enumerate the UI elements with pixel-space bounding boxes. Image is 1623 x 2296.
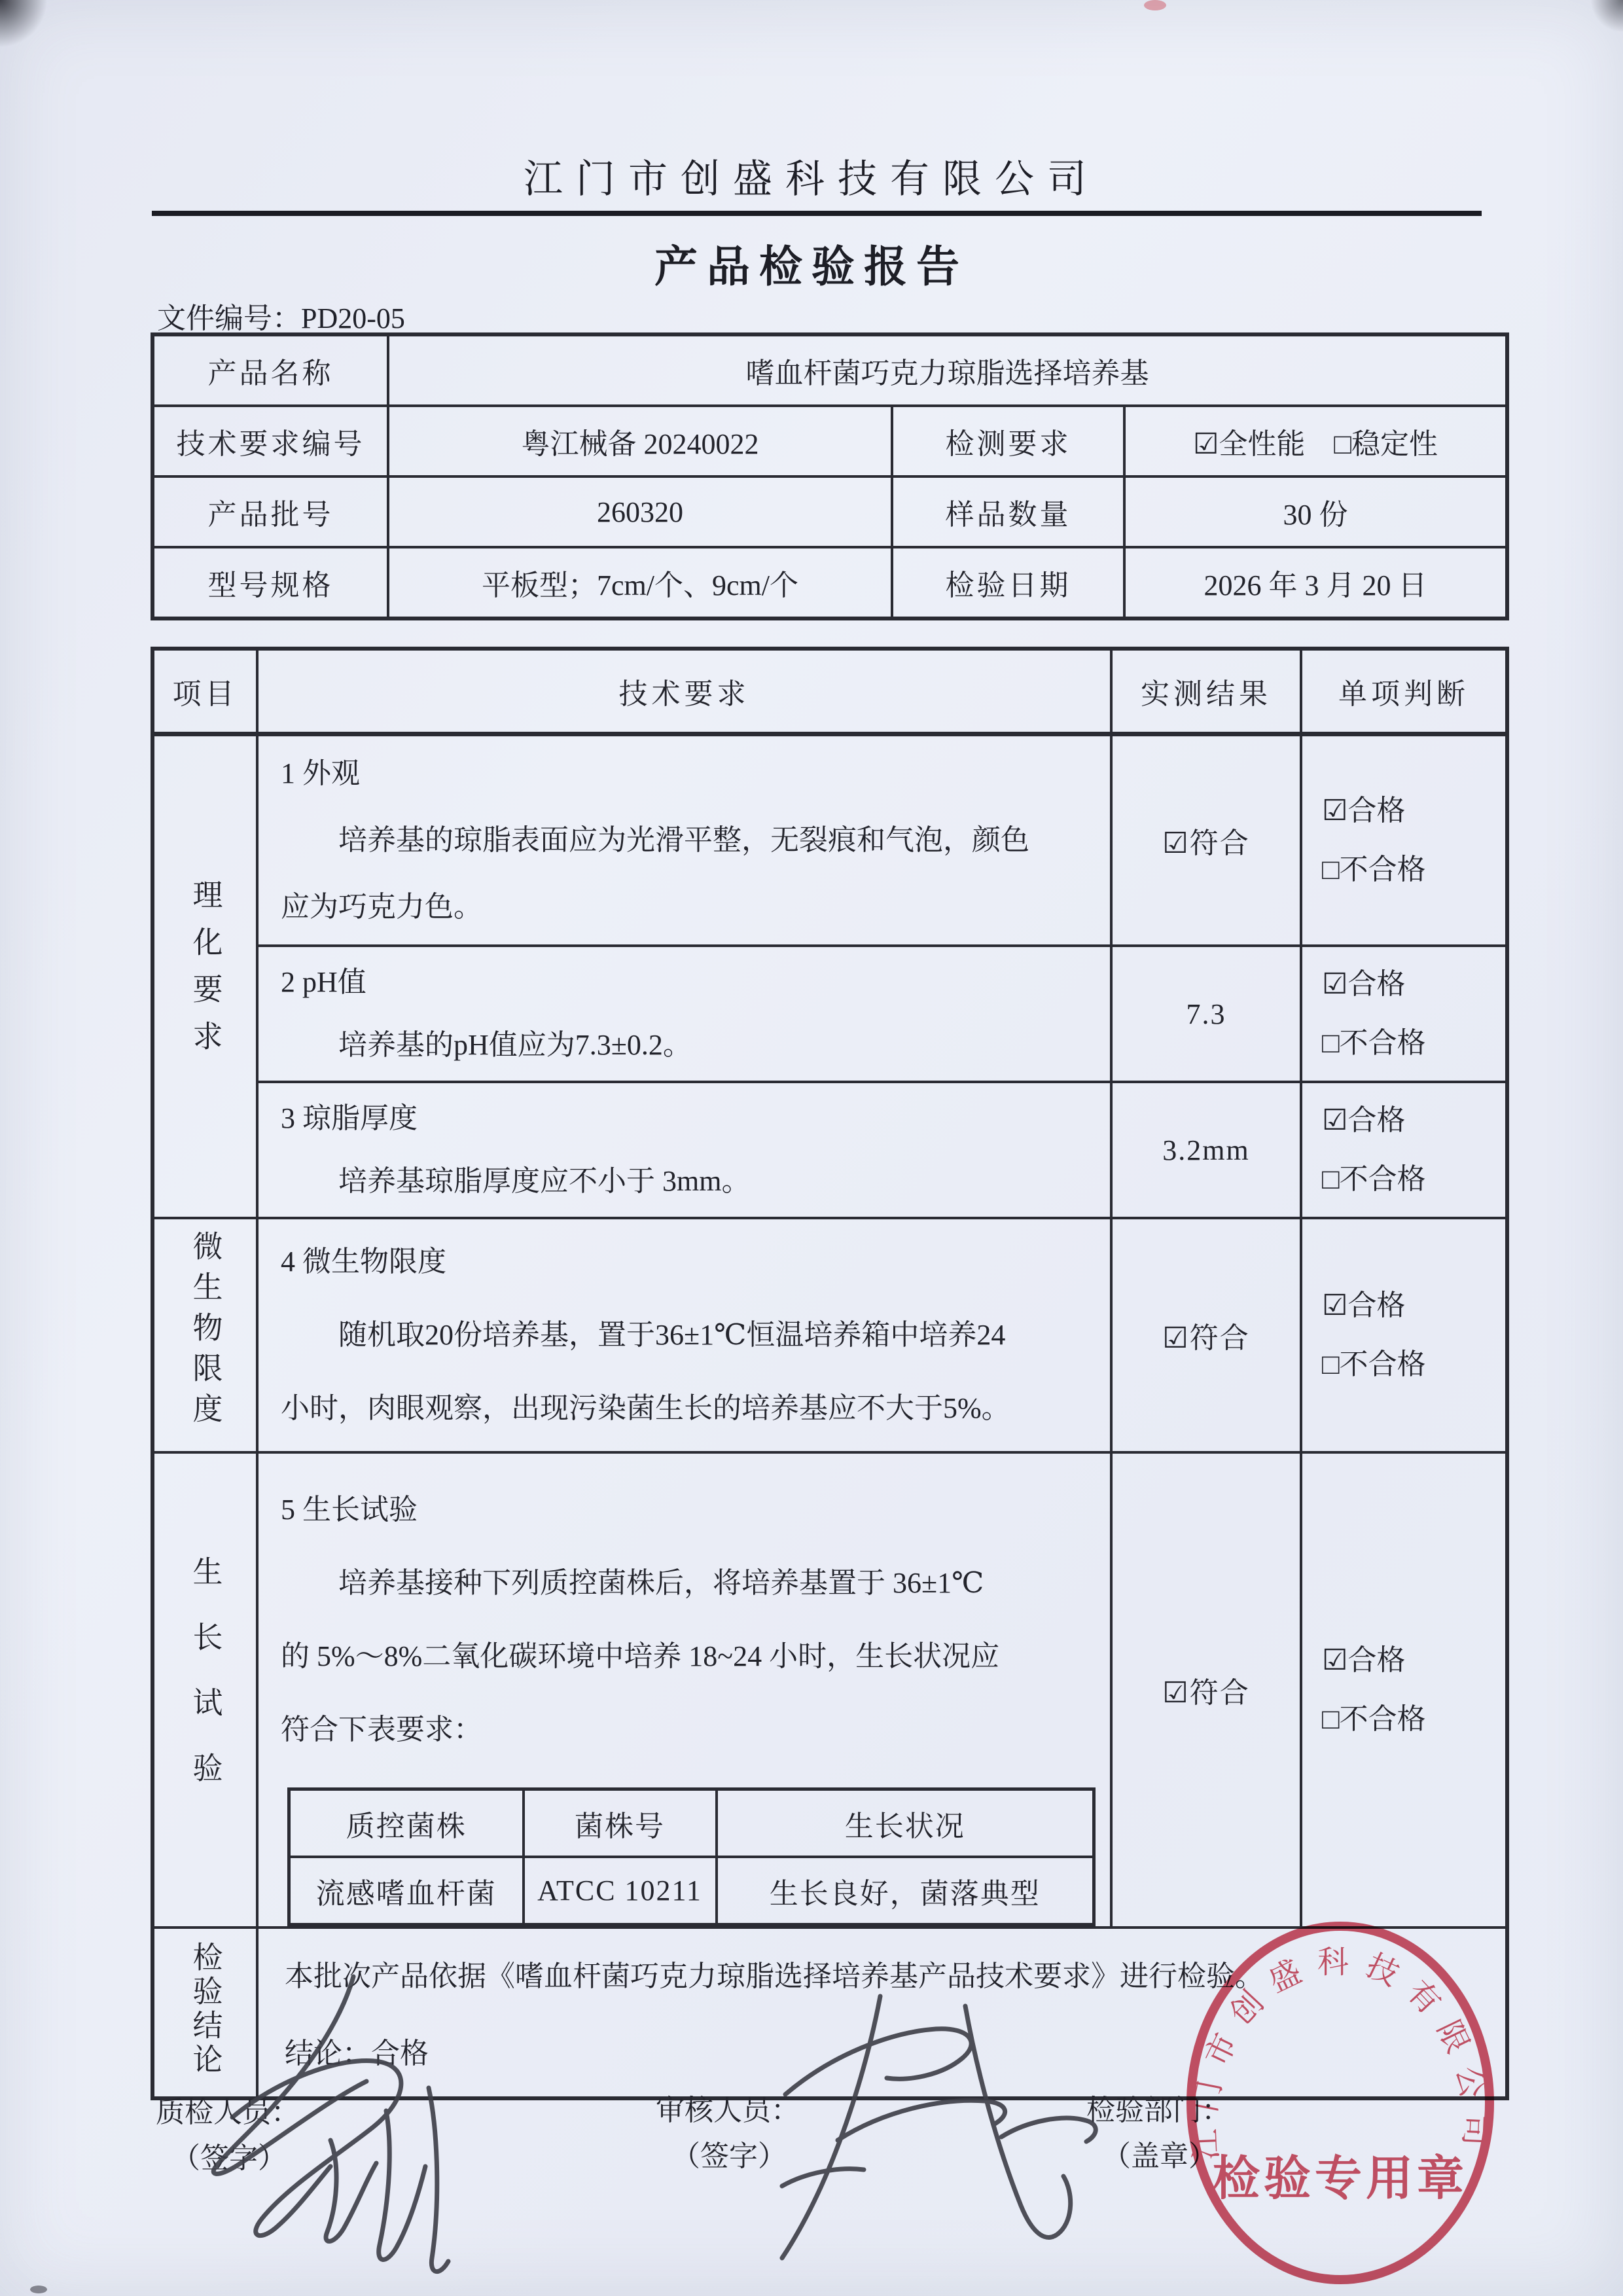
requirement-microbial-limit: 4 微生物限度 随机取20份培养基，置于36±1℃恒温培养箱中培养24 小时，肉… xyxy=(257,1218,1111,1452)
judgement-appearance: ☑合格 □不合格 xyxy=(1301,734,1507,946)
result-microbial-limit: ☑符合 xyxy=(1111,1218,1301,1452)
scan-artifact-corner-top-right xyxy=(1589,0,1623,31)
judgement-microbial-limit: ☑合格 □不合格 xyxy=(1301,1218,1507,1452)
info-label-sample-qty: 样品数量 xyxy=(892,476,1124,547)
info-label-test-requirement: 检测要求 xyxy=(892,406,1124,476)
info-row-batch: 产品批号 260320 样品数量 30 份 xyxy=(152,476,1507,547)
inspector-signature xyxy=(213,1977,448,2272)
header-result: 实测结果 xyxy=(1111,649,1301,734)
info-label-batch-no: 产品批号 xyxy=(152,476,388,547)
row-agar-thickness: 3 琼脂厚度 培养基琼脂厚度应不小于 3mm。 3.2mm ☑合格 □不合格 xyxy=(152,1082,1507,1218)
strain-header-qc-strain: 质控菌株 xyxy=(289,1789,524,1857)
result-appearance: ☑符合 xyxy=(1111,734,1301,946)
section-label-growth-test: 生长试验 xyxy=(152,1452,257,1928)
info-value-product-name: 嗜血杆菌巧克力琼脂选择培养基 xyxy=(388,334,1507,406)
result-agar-thickness: 3.2mm xyxy=(1111,1082,1301,1218)
row-microbial-limit: 微生物限度 4 微生物限度 随机取20份培养基，置于36±1℃恒温培养箱中培养2… xyxy=(152,1218,1507,1452)
inspection-stamp: 江门市创盛科技有限公司 检验专用章 xyxy=(1170,1916,1510,2296)
info-value-test-requirement-checkboxes: ☑全性能 □稳定性 xyxy=(1124,406,1507,476)
reviewer-signature xyxy=(782,1996,1096,2258)
strain-name: 流感嗜血杆菌 xyxy=(289,1857,524,1925)
strain-growth-status: 生长良好，菌落典型 xyxy=(717,1857,1094,1925)
row-growth-test: 生长试验 5 生长试验 培养基接种下列质控菌株后，将培养基置于 36±1℃ 的 … xyxy=(152,1452,1507,1928)
info-label-tech-req-no: 技术要求编号 xyxy=(152,406,388,476)
scan-artifact-corner-top-left xyxy=(0,0,51,47)
report-page: 江门市创盛科技有限公司 产品检验报告 文件编号：PD20-05 产品名称 嗜血杆… xyxy=(0,0,1623,2296)
requirement-agar-thickness: 3 琼脂厚度 培养基琼脂厚度应不小于 3mm。 xyxy=(257,1082,1111,1218)
scan-artifact-red-speck xyxy=(1144,0,1166,10)
info-value-sample-qty: 30 份 xyxy=(1124,476,1507,547)
row-ph: 2 pH值 培养基的pH值应为7.3±0.2。 7.3 ☑合格 □不合格 xyxy=(152,946,1507,1082)
result-growth-test: ☑符合 xyxy=(1111,1452,1301,1928)
info-label-inspection-date: 检验日期 xyxy=(892,547,1124,619)
inspection-result-table: 项目 技术要求 实测结果 单项判断 理化要求 1 外观 培养基的琼脂表面应为光滑… xyxy=(151,647,1509,2100)
judgement-agar-thickness: ☑合格 □不合格 xyxy=(1301,1082,1507,1218)
requirement-growth-test: 5 生长试验 培养基接种下列质控菌株后，将培养基置于 36±1℃ 的 5%～8%… xyxy=(257,1452,1111,1928)
report-title: 产品检验报告 xyxy=(0,232,1623,294)
info-value-inspection-date: 2026 年 3 月 20 日 xyxy=(1124,547,1507,619)
growth-strain-table: 质控菌株 菌株号 生长状况 流感嗜血杆菌 ATCC 10211 生长良好，菌落典… xyxy=(287,1787,1096,1926)
info-row-product-name: 产品名称 嗜血杆菌巧克力琼脂选择培养基 xyxy=(152,334,1507,406)
result-ph: 7.3 xyxy=(1111,946,1301,1082)
info-value-batch-no: 260320 xyxy=(388,476,892,547)
strain-number: ATCC 10211 xyxy=(524,1857,717,1925)
stamp-band-text: 检验专用章 xyxy=(1213,2153,1468,2205)
info-label-product-name: 产品名称 xyxy=(152,334,388,406)
header-judgement: 单项判断 xyxy=(1301,649,1507,734)
growth-strain-data-row: 流感嗜血杆菌 ATCC 10211 生长良好，菌落典型 xyxy=(289,1857,1094,1925)
strain-header-strain-no: 菌株号 xyxy=(524,1789,717,1857)
result-table-header-row: 项目 技术要求 实测结果 单项判断 xyxy=(152,649,1507,734)
section-label-microbial-limit: 微生物限度 xyxy=(152,1218,257,1452)
judgement-growth-test: ☑合格 □不合格 xyxy=(1301,1452,1507,1928)
document-number-value: PD20-05 xyxy=(301,302,405,334)
requirement-appearance: 1 外观 培养基的琼脂表面应为光滑平整，无裂痕和气泡，颜色 应为巧克力色。 xyxy=(257,734,1111,946)
info-row-tech-requirement: 技术要求编号 粤江械备 20240022 检测要求 ☑全性能 □稳定性 xyxy=(152,406,1507,476)
growth-strain-header-row: 质控菌株 菌株号 生长状况 xyxy=(289,1789,1094,1857)
company-name: 江门市创盛科技有限公司 xyxy=(0,148,1623,204)
row-appearance: 理化要求 1 外观 培养基的琼脂表面应为光滑平整，无裂痕和气泡，颜色 应为巧克力… xyxy=(152,734,1507,946)
info-row-model: 型号规格 平板型；7cm/个、9cm/个 检验日期 2026 年 3 月 20 … xyxy=(152,547,1507,619)
document-number-label: 文件编号： xyxy=(157,302,301,334)
header-rule xyxy=(152,211,1482,216)
strain-header-growth-status: 生长状况 xyxy=(717,1789,1094,1857)
document-number: 文件编号：PD20-05 xyxy=(157,295,405,336)
header-item: 项目 xyxy=(152,649,257,734)
judgement-ph: ☑合格 □不合格 xyxy=(1301,946,1507,1082)
info-value-tech-req-no: 粤江械备 20240022 xyxy=(388,406,892,476)
header-requirement: 技术要求 xyxy=(257,649,1111,734)
product-info-table: 产品名称 嗜血杆菌巧克力琼脂选择培养基 技术要求编号 粤江械备 20240022… xyxy=(151,332,1509,620)
requirement-ph: 2 pH值 培养基的pH值应为7.3±0.2。 xyxy=(257,946,1111,1082)
info-value-model-spec: 平板型；7cm/个、9cm/个 xyxy=(388,547,892,619)
section-label-physicochemical: 理化要求 xyxy=(152,734,257,1219)
info-label-model-spec: 型号规格 xyxy=(152,547,388,619)
